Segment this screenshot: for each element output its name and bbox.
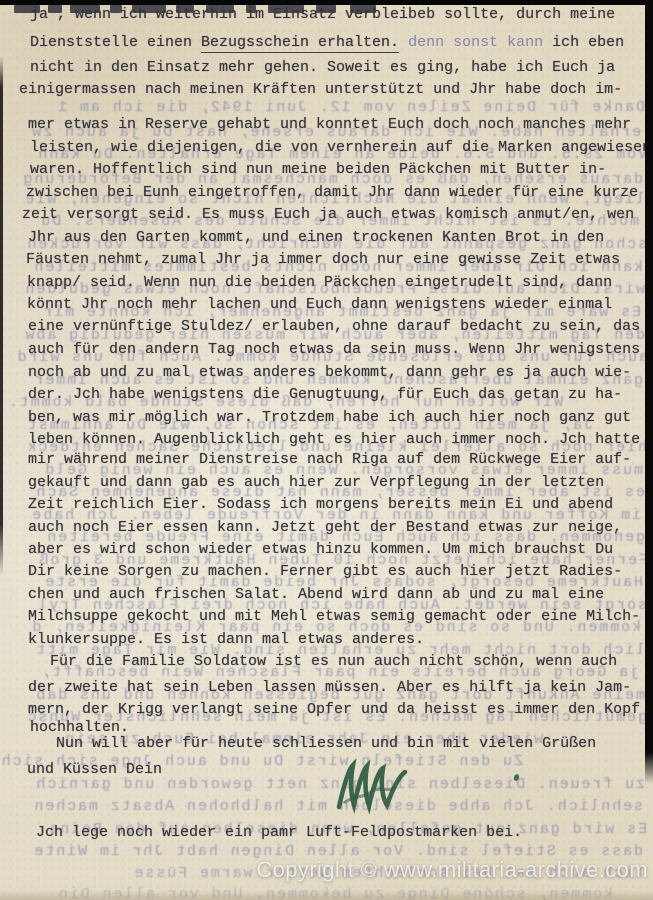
typed-segment: ich eben	[552, 34, 624, 51]
typed-line: mern, der Krigg verlangt seine Opfer und…	[28, 701, 640, 719]
typed-line: nicht in den Einsatz mehr gehen. Soweit …	[30, 59, 615, 77]
typed-line-with-underline: Dienststelle einen Bezugsschein erhalten…	[30, 34, 624, 52]
typed-line: und Küssen Dein	[27, 761, 162, 779]
typed-line: mer etwas in Reserve gehabt und konntet …	[28, 116, 631, 134]
letter-scan-page: Danke für Deine Zeilen vom 12. Juni 1942…	[0, 0, 653, 900]
scan-edge-bottom	[0, 890, 653, 900]
typed-line: Nun will aber für heute schliessen und b…	[56, 735, 596, 753]
typed-line: klunkersuppe. Es ist dann mal etwas ande…	[28, 631, 424, 649]
underlined-phrase: Bezugsschein erhalten.	[201, 34, 399, 53]
typed-line: der. Jch habe wenigstens die Genugtuung,…	[28, 386, 622, 404]
typed-line: zwischen bei Eunh eingetroffen, damit Jh…	[26, 184, 638, 202]
typed-line: ben, was mir möglich war. Trotzdem habe …	[28, 409, 631, 427]
watermark-text: Copyright © www.militaria-archive.com	[256, 857, 648, 883]
bleedthrough-line: Danke für Deine Zeilen vom 12. Juni 1942…	[0, 99, 645, 117]
faded-typed-segment: denn sonst kann	[399, 34, 552, 51]
typed-line: Fäusten nehmt, zumal Jhr ja immer doch n…	[26, 251, 620, 269]
typed-line: waren. Hoffentlich sind nun meine beiden…	[30, 161, 606, 179]
typed-line: Für die Familie Soldatow ist es nun auch…	[50, 653, 617, 671]
typed-line: könnt Jhr noch mehr lachen und Euch dann…	[27, 296, 612, 314]
typed-line: Jhr aus den Garten kommt, und einen troc…	[28, 229, 604, 247]
typed-line: knapp/ seid. Wenn nun die beiden Päckche…	[27, 274, 612, 292]
typed-line: mir während meiner Dienstreise nach Riga…	[28, 451, 631, 469]
typed-line: Milchsuppe gekocht und mit Mehl etwas se…	[28, 608, 640, 626]
cut-off-text-fragments	[14, 5, 414, 13]
scan-edge-left	[0, 56, 3, 576]
typed-line: leisten, wie diejenigen, die von vernher…	[30, 139, 651, 157]
bleedthrough-line: sehnlich. Jch ahbe dieselben mit halbhoh…	[0, 798, 643, 816]
typed-line: Jch lege noch wieder ein pamr Luft-Feldp…	[36, 824, 522, 842]
typed-line: leben können. Augenblicklich geht es hie…	[28, 431, 640, 449]
ink-signature	[333, 758, 417, 814]
typed-line: eine vernünftige Stuldez/ erlauben, ohne…	[28, 318, 640, 336]
typed-line: einigermassen nach meinen Kräften unters…	[19, 81, 622, 99]
typed-segment: Dienststelle einen	[30, 34, 201, 51]
typed-line: auch noch Eier essen kann. Jetzt geht de…	[28, 519, 622, 537]
typed-line: Zeit reichlich Eier. Sodass ich morgens …	[28, 496, 613, 514]
typed-line: aber es wird schon wieder etwas hinzu ko…	[28, 541, 613, 559]
scan-edge-top	[0, 0, 653, 5]
typed-line: noch ab und zu mal etwas anderes bekommt…	[28, 364, 631, 382]
scan-edge-right	[645, 0, 653, 784]
typed-line: der zweite hat sein Leben lassen müssen.…	[28, 679, 631, 697]
typed-line: auch für den andern Tag noch etwas da se…	[28, 341, 640, 359]
typed-line: chen und auch frischen Salat. Abend wird…	[28, 586, 604, 604]
typed-line: gekauft und dann gab es auch hier zur Ve…	[28, 474, 604, 492]
typed-line: Dir keine Sorgen zu machen. Ferner gibt …	[28, 563, 622, 581]
typed-line: zeit versorgt seid. Es muss Euch ja auch…	[22, 206, 634, 224]
